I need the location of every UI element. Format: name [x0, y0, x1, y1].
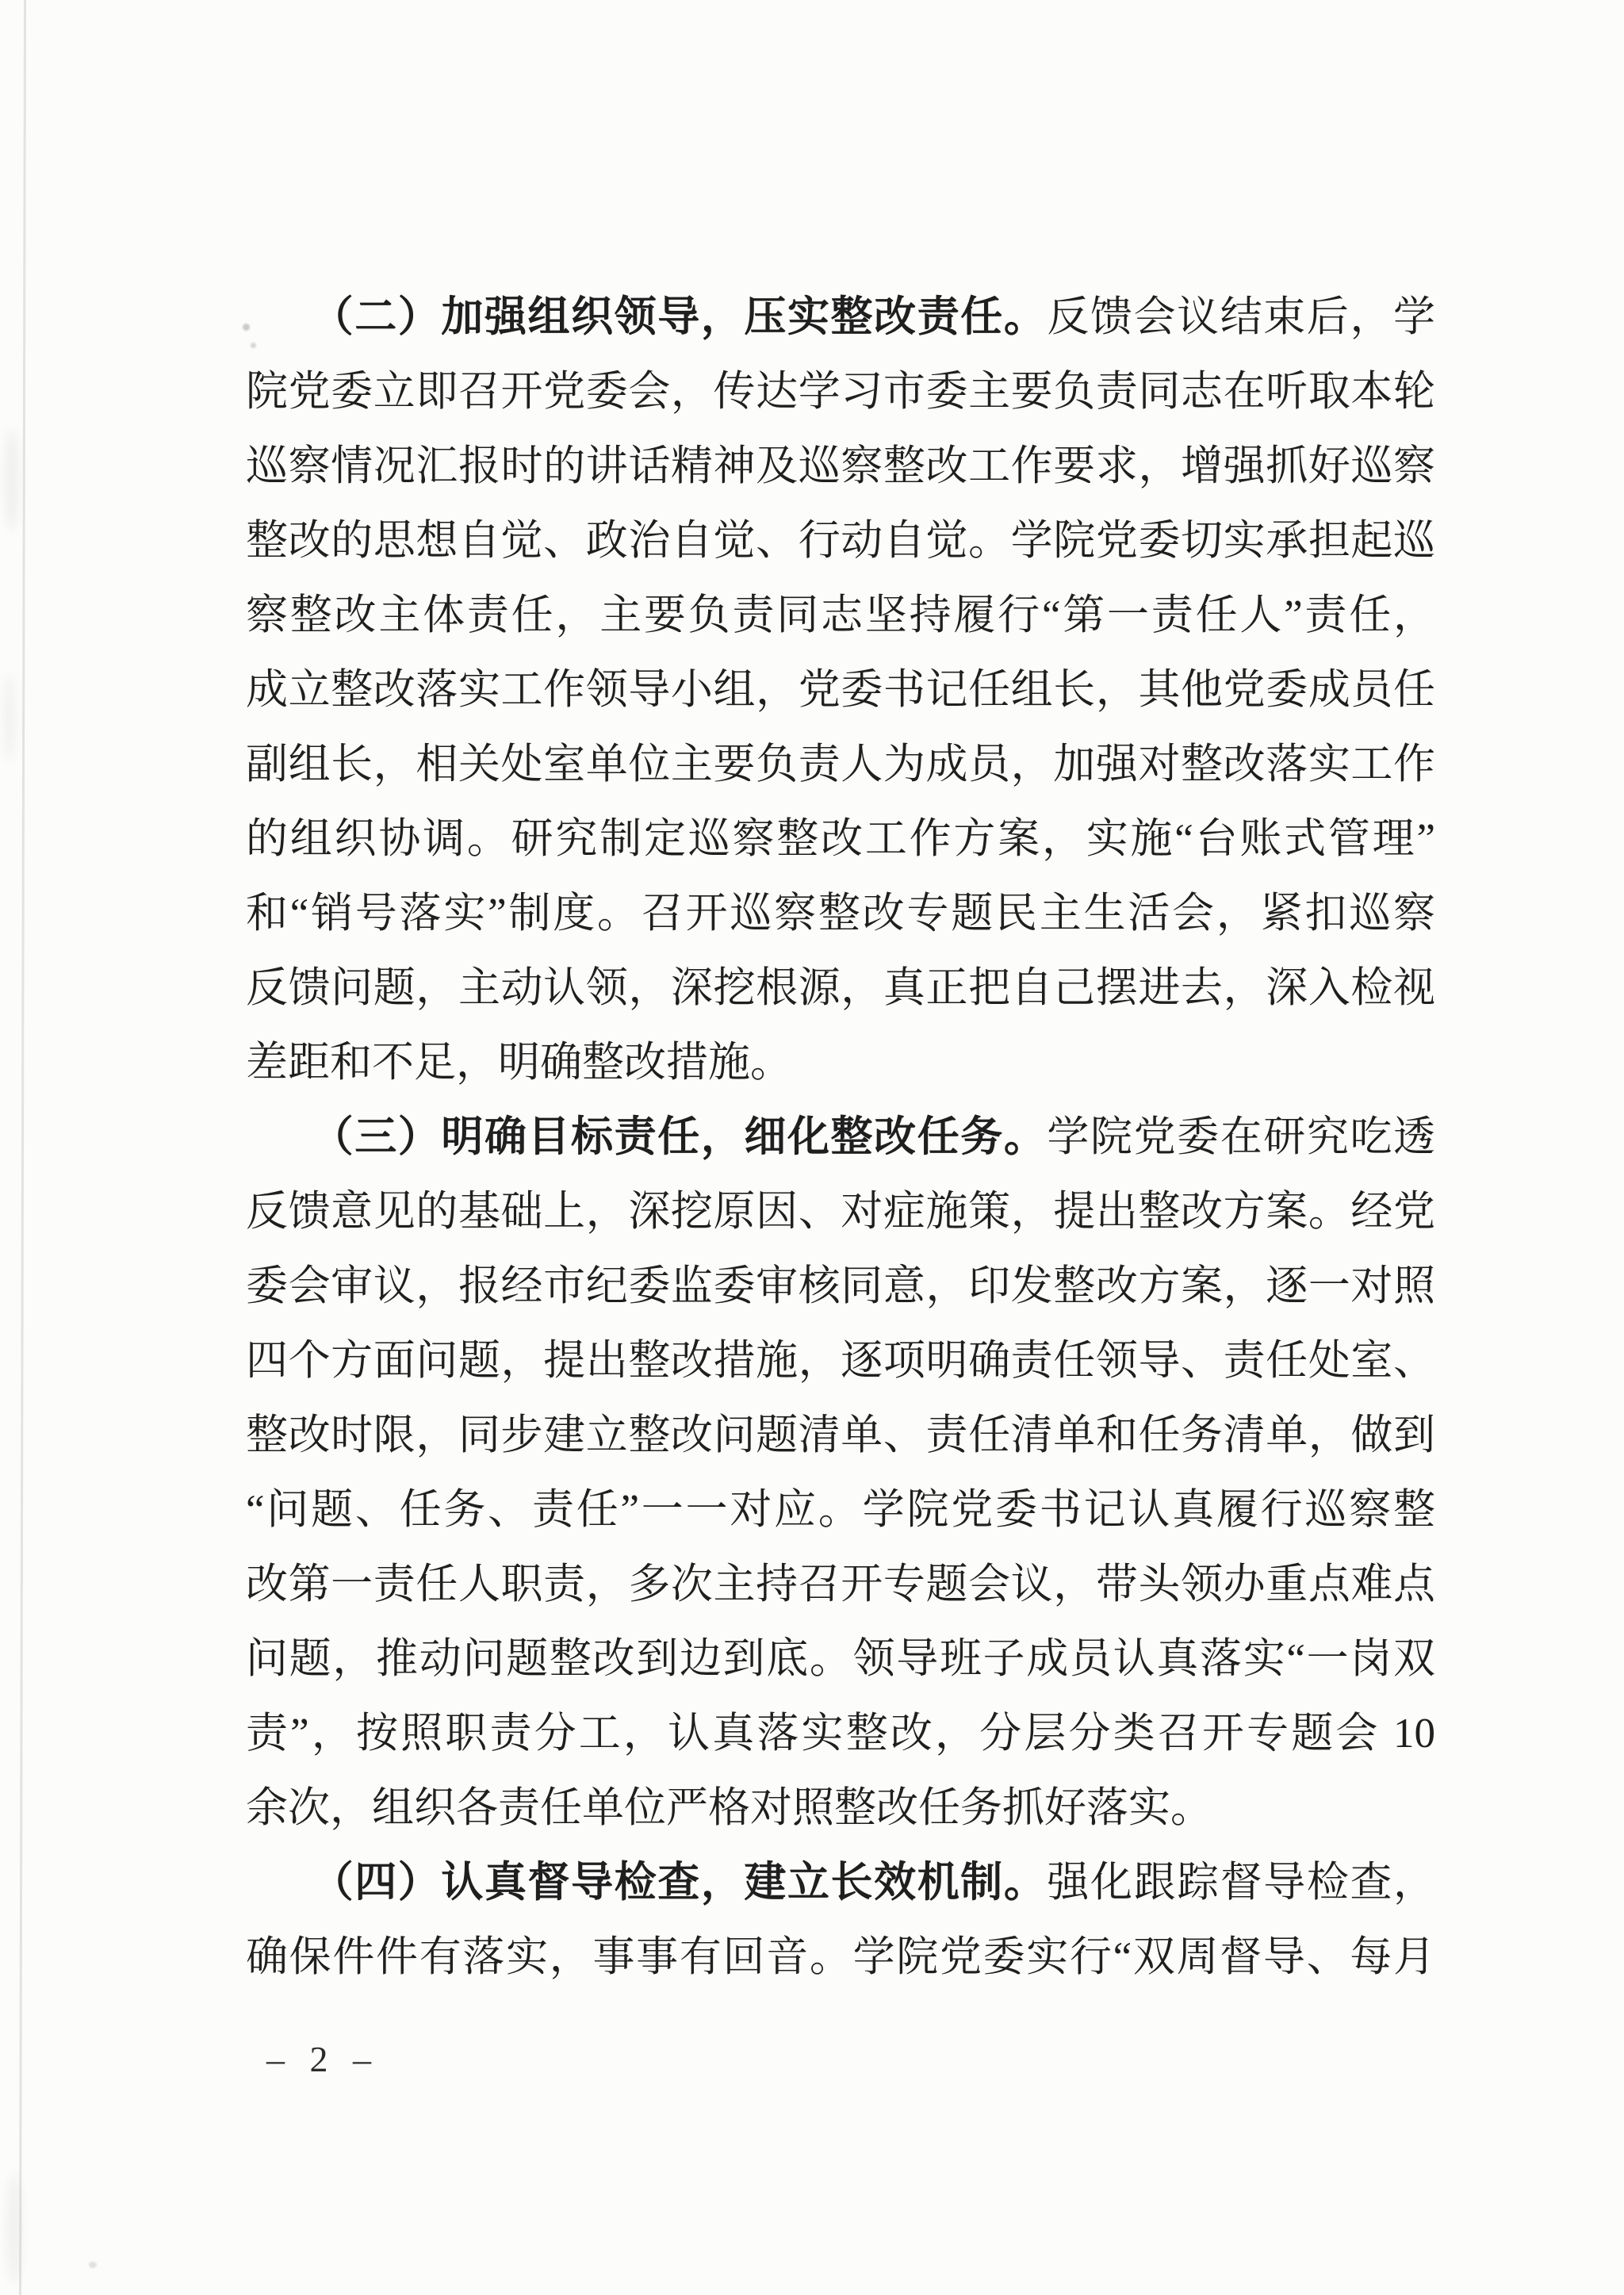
- body-text: 巡察情况汇报时的讲话精神及巡察整改工作要求，增强抓好巡察: [246, 443, 1435, 489]
- body-text: 学院党委在研究吃透: [1047, 1114, 1435, 1160]
- body-text: 整改的思想自觉、政治自觉、行动自觉。学院党委切实承担起巡: [246, 518, 1435, 564]
- paragraph-indent: [246, 1114, 332, 1160]
- scan-smudge: [5, 428, 19, 531]
- document-line: 整改时限，同步建立整改问题清单、责任清单和任务清单，做到: [246, 1398, 1435, 1473]
- document-line: 余次，组织各责任单位严格对照整改任务抓好落实。: [246, 1771, 1435, 1845]
- body-text: 问题，推动问题整改到边到底。领导班子成员认真落实“一岗双: [246, 1636, 1435, 1682]
- document-line: 和“销号落实”制度。召开巡察整改专题民主生活会，紧扣巡察: [246, 876, 1435, 951]
- text-block: （二）加强组织领导，压实整改责任。反馈会议结束后，学院党委立即召开党委会，传达学…: [246, 280, 1435, 1994]
- body-text: 院党委立即召开党委会，传达学习市委主要负责同志在听取本轮: [246, 369, 1435, 415]
- document-line: （三）明确目标责任，细化整改任务。学院党委在研究吃透: [246, 1100, 1435, 1174]
- scan-speck: [89, 2262, 97, 2268]
- section-heading-text: （三）明确目标责任，细化整改任务。: [332, 1114, 1047, 1160]
- document-line: 责”，按照职责分工，认真落实整改，分层分类召开专题会 10: [246, 1696, 1435, 1771]
- body-text: 的组织协调。研究制定巡察整改工作方案，实施“台账式管理”: [246, 816, 1435, 862]
- scan-streak-line: [19, 0, 26, 2295]
- body-text: 四个方面问题，提出整改措施，逐项明确责任领导、责任处室、: [246, 1338, 1435, 1384]
- body-text: 改第一责任人职责，多次主持召开专题会议，带头领办重点难点: [246, 1561, 1435, 1607]
- document-line: （四）认真督导检查，建立长效机制。强化跟踪督导检查，: [246, 1845, 1435, 1920]
- body-text: 察整改主体责任，主要负责同志坚持履行“第一责任人”责任，: [246, 592, 1435, 638]
- body-text: 委会审议，报经市纪委监委审核同意，印发整改方案，逐一对照: [246, 1263, 1435, 1309]
- section-heading-text: （四）认真督导检查，建立长效机制。: [332, 1860, 1047, 1906]
- body-text: 责”，按照职责分工，认真落实整改，分层分类召开专题会 10: [246, 1711, 1435, 1757]
- body-text: 和“销号落实”制度。召开巡察整改专题民主生活会，紧扣巡察: [246, 891, 1435, 937]
- document-line: 察整改主体责任，主要负责同志坚持履行“第一责任人”责任，: [246, 578, 1435, 653]
- scan-smudge: [6, 2173, 22, 2284]
- body-text: 余次，组织各责任单位严格对照整改任务抓好落实。: [246, 1785, 1212, 1831]
- body-text: 反馈意见的基础上，深挖原因、对症施策，提出整改方案。经党: [246, 1189, 1435, 1235]
- document-line: 整改的思想自觉、政治自觉、行动自觉。学院党委切实承担起巡: [246, 504, 1435, 578]
- body-text: 成立整改落实工作领导小组，党委书记任组长，其他党委成员任: [246, 667, 1435, 713]
- document-line: 院党委立即召开党委会，传达学习市委主要负责同志在听取本轮: [246, 354, 1435, 429]
- document-line: 巡察情况汇报时的讲话精神及巡察整改工作要求，增强抓好巡察: [246, 429, 1435, 504]
- section-heading-text: （二）加强组织领导，压实整改责任。: [332, 294, 1047, 340]
- body-text: “问题、任务、责任”一一对应。学院党委书记认真履行巡察整: [246, 1487, 1435, 1533]
- document-line: 委会审议，报经市纪委监委审核同意，印发整改方案，逐一对照: [246, 1249, 1435, 1324]
- document-line: 反馈问题，主动认领，深挖根源，真正把自己摆进去，深入检视: [246, 951, 1435, 1025]
- body-text: 强化跟踪督导检查，: [1047, 1860, 1435, 1906]
- page-number: – 2 –: [247, 2024, 398, 2095]
- body-text: 反馈问题，主动认领，深挖根源，真正把自己摆进去，深入检视: [246, 965, 1435, 1011]
- document-line: 确保件件有落实，事事有回音。学院党委实行“双周督导、每月: [246, 1920, 1435, 1994]
- document-page: （二）加强组织领导，压实整改责任。反馈会议结束后，学院党委立即召开党委会，传达学…: [0, 0, 1624, 2295]
- body-text: 反馈会议结束后，学: [1047, 294, 1435, 340]
- document-line: 改第一责任人职责，多次主持召开专题会议，带头领办重点难点: [246, 1547, 1435, 1622]
- body-text: 副组长，相关处室单位主要负责人为成员，加强对整改落实工作: [246, 741, 1435, 787]
- document-line: 成立整改落实工作领导小组，党委书记任组长，其他党委成员任: [246, 653, 1435, 727]
- document-line: “问题、任务、责任”一一对应。学院党委书记认真履行巡察整: [246, 1473, 1435, 1547]
- paragraph-indent: [246, 294, 332, 340]
- document-line: 差距和不足，明确整改措施。: [246, 1025, 1435, 1100]
- document-line: （二）加强组织领导，压实整改责任。反馈会议结束后，学: [246, 280, 1435, 354]
- document-line: 四个方面问题，提出整改措施，逐项明确责任领导、责任处室、: [246, 1324, 1435, 1398]
- paragraph-indent: [246, 1860, 332, 1906]
- document-line: 反馈意见的基础上，深挖原因、对症施策，提出整改方案。经党: [246, 1174, 1435, 1249]
- body-text: 差距和不足，明确整改措施。: [246, 1040, 792, 1086]
- document-line: 的组织协调。研究制定巡察整改工作方案，实施“台账式管理”: [246, 802, 1435, 876]
- document-line: 问题，推动问题整改到边到底。领导班子成员认真落实“一岗双: [246, 1622, 1435, 1696]
- body-text: 整改时限，同步建立整改问题清单、责任清单和任务清单，做到: [246, 1412, 1435, 1458]
- document-line: 副组长，相关处室单位主要负责人为成员，加强对整改落实工作: [246, 727, 1435, 802]
- scan-smudge: [3, 674, 16, 761]
- body-text: 确保件件有落实，事事有回音。学院党委实行“双周督导、每月: [246, 1934, 1435, 1980]
